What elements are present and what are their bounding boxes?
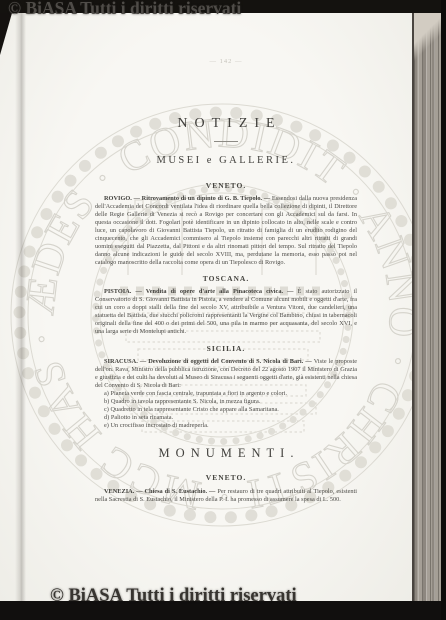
page-fold-crease <box>15 13 26 601</box>
book-page-edges-texture <box>412 13 443 601</box>
region-veneto2-heading: VENETO. <box>95 473 357 482</box>
list-item-e: e) Un crocifisso incrostato di madreperl… <box>95 422 357 430</box>
entry-siracusa-city: SIRACUSA. — <box>104 358 148 365</box>
section-musei-e-gallerie-heading: MUSEI e GALLERIE. <box>95 155 357 166</box>
scanned-book-page: HAS · ÆDES · CONDIDIT · ANNO · CHRISTI ·… <box>0 0 446 620</box>
siracusa-object-list: a) Pianeta verde con fascia centrale, tr… <box>95 390 357 430</box>
entry-pistoia-city: PISTOIA. — <box>104 288 146 295</box>
scan-corner-shadow <box>0 13 12 55</box>
region-sicilia-heading: SICILIA. <box>95 344 357 353</box>
section-monumenti-heading: MONUMENTI. <box>101 446 357 461</box>
page-title: NOTIZIE <box>102 116 357 132</box>
printed-text-column: — 142 — NOTIZIE MUSEI e GALLERIE. VENETO… <box>95 58 357 504</box>
entry-pistoia-body: È stato autorizzato il Conservatorio di … <box>95 288 357 335</box>
entry-pistoia: PISTOIA. — Vendita di opere d'arte alla … <box>95 288 357 336</box>
entry-siracusa: SIRACUSA. — Devoluzione di oggetti del C… <box>95 358 357 390</box>
copyright-stamp-bottom: © BiASA Tutti i diritti riservati <box>50 586 297 607</box>
list-item-b: b) Quadro in tavola rappresentante S. Ni… <box>95 398 357 406</box>
entry-siracusa-title: Devoluzione di oggetti del Convento di S… <box>148 358 314 365</box>
paper-page: HAS · ÆDES · CONDIDIT · ANNO · CHRISTI ·… <box>0 13 412 601</box>
entry-rovigo-city: ROVIGO. — <box>104 195 142 202</box>
list-item-d: d) Paliotto in seta ricamata. <box>95 414 357 422</box>
entry-rovigo-title: Ritrovamento di un dipinto di G. B. Tiep… <box>142 195 272 202</box>
scan-right-border <box>441 0 446 620</box>
entry-venezia: VENEZIA. — Chiesa di S. Eustachio. — Per… <box>95 488 357 504</box>
entry-rovigo-body: Essendosi dalla nuova presidenza dell'Ac… <box>95 195 357 266</box>
entry-venezia-title: Chiesa di S. Eustachio. — <box>145 488 218 495</box>
page-number: — 142 — <box>95 58 357 66</box>
entry-rovigo: ROVIGO. — Ritrovamento di un dipinto di … <box>95 195 357 267</box>
entry-pistoia-title: Vendita di opere d'arte alla Pinacoteca … <box>146 288 298 295</box>
region-veneto-heading: VENETO. <box>95 181 357 190</box>
list-item-c: c) Quadretto in tela rappresentante Cris… <box>95 406 357 414</box>
region-toscana-heading: TOSCANA. <box>95 274 357 283</box>
list-item-a: a) Pianeta verde con fascia centrale, tr… <box>95 390 357 398</box>
entry-venezia-city: VENEZIA. — <box>104 488 145 495</box>
title-divider <box>214 141 238 142</box>
copyright-stamp-top: © BiASA Tutti i diritti riservati <box>8 0 241 19</box>
